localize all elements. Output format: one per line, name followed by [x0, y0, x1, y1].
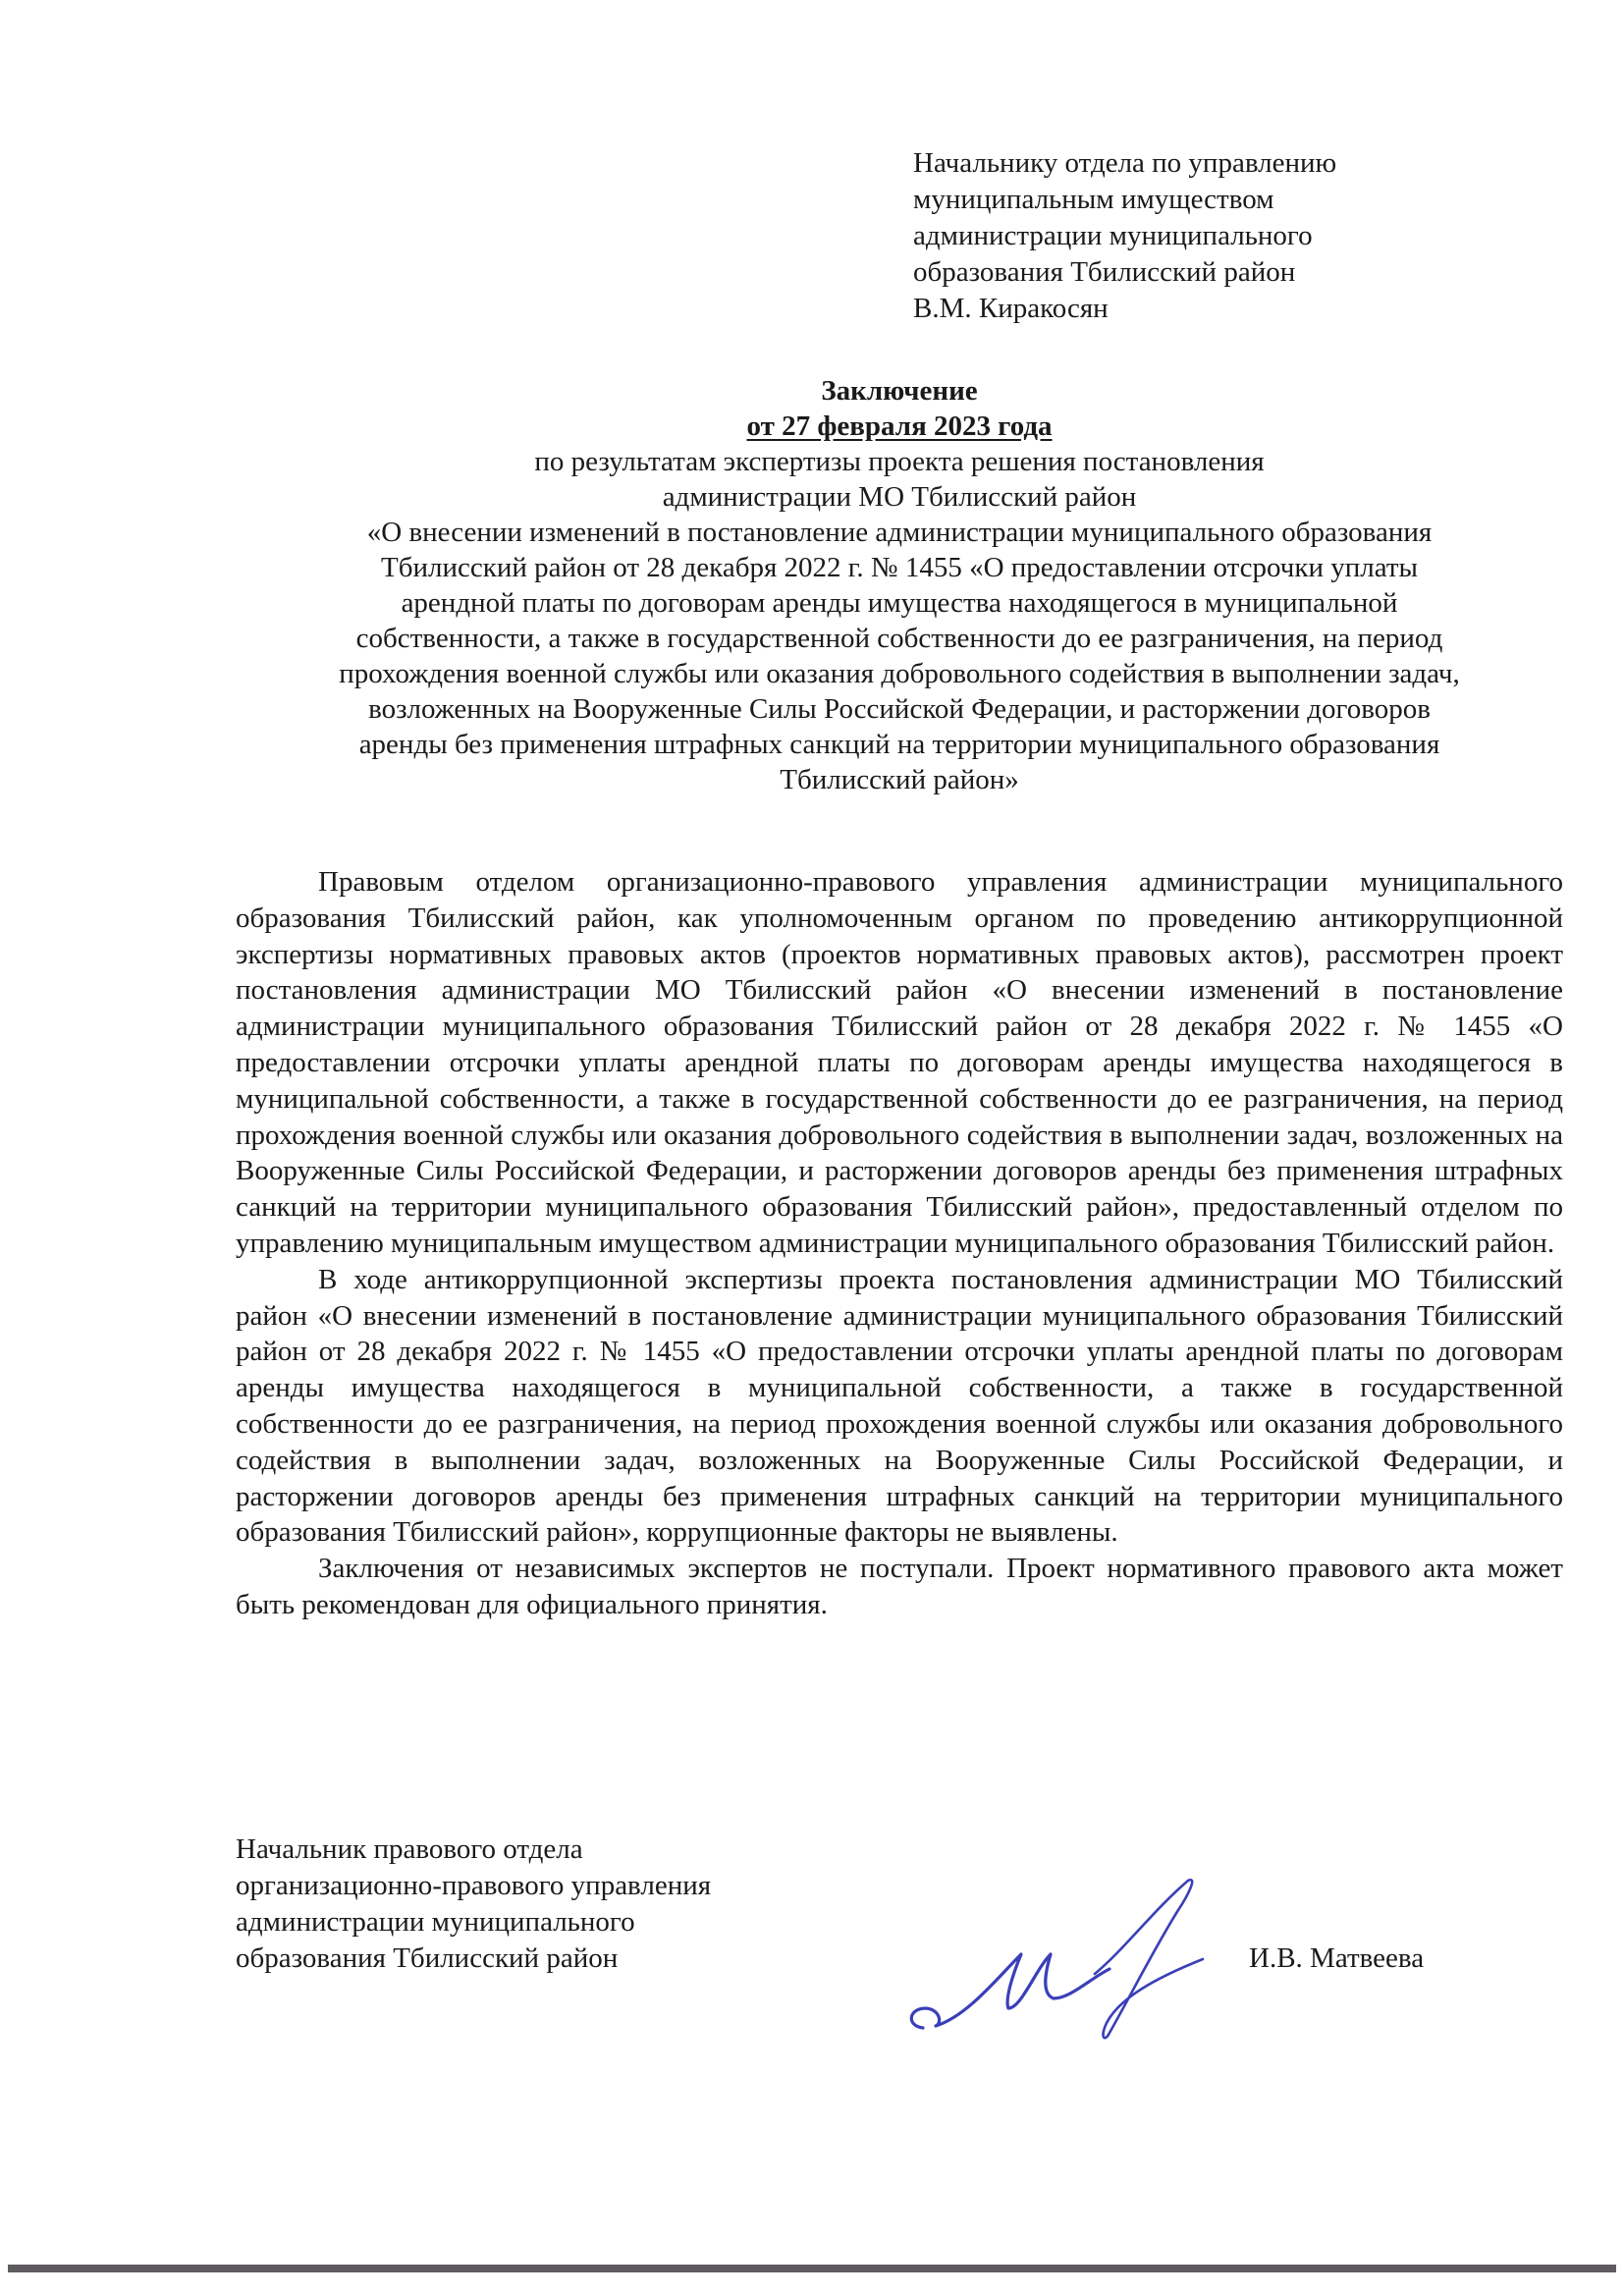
position-line: организационно-правового управления	[236, 1868, 711, 1904]
body-paragraph: В ходе антикоррупционной экспертизы прое…	[236, 1262, 1563, 1551]
document-title: Заключение	[236, 373, 1563, 409]
subtitle-line: собственности, а также в государственной…	[236, 621, 1563, 656]
subtitle-line: администрации МО Тбилисский район	[236, 479, 1563, 515]
subtitle-line: Тбилисский район»	[236, 762, 1563, 797]
position-line: образования Тбилисский район	[236, 1941, 711, 1977]
scan-edge-bar	[8, 2265, 1616, 2272]
addressee-line: образования Тбилисский район	[913, 254, 1336, 291]
position-line: Начальник правового отдела	[236, 1831, 711, 1868]
document-date: от 27 февраля 2023 года	[236, 409, 1563, 444]
handwritten-signature-icon	[889, 1861, 1213, 2057]
subtitle-line: «О внесении изменений в постановление ад…	[236, 515, 1563, 550]
subtitle-line: возложенных на Вооруженные Силы Российск…	[236, 691, 1563, 727]
addressee-line: Начальнику отдела по управлению	[913, 145, 1336, 182]
addressee-line: муниципальным имуществом	[913, 182, 1336, 218]
signatory-position: Начальник правового отдела организационн…	[236, 1831, 711, 1977]
subtitle-line: по результатам экспертизы проекта решени…	[236, 444, 1563, 479]
signer-name: И.В. Матвеева	[1249, 1941, 1424, 1977]
subtitle-line: аренды без применения штрафных санкций н…	[236, 727, 1563, 762]
subtitle-line: арендной платы по договорам аренды имуще…	[236, 585, 1563, 621]
addressee-name: В.М. Киракосян	[913, 291, 1336, 327]
addressee-line: администрации муниципального	[913, 218, 1336, 254]
subtitle-line: прохождения военной службы или оказания …	[236, 656, 1563, 691]
document-heading: Заключение от 27 февраля 2023 года по ре…	[236, 373, 1563, 797]
body-paragraph: Правовым отделом организационно-правовог…	[236, 864, 1563, 1262]
document-page: Начальнику отдела по управлению муниципа…	[0, 0, 1624, 2296]
addressee-block: Начальнику отдела по управлению муниципа…	[913, 145, 1336, 327]
subtitle-line: Тбилисский район от 28 декабря 2022 г. №…	[236, 550, 1563, 585]
position-line: администрации муниципального	[236, 1904, 711, 1941]
body-paragraph: Заключения от независимых экспертов не п…	[236, 1551, 1563, 1623]
document-body: Правовым отделом организационно-правовог…	[236, 864, 1563, 1623]
